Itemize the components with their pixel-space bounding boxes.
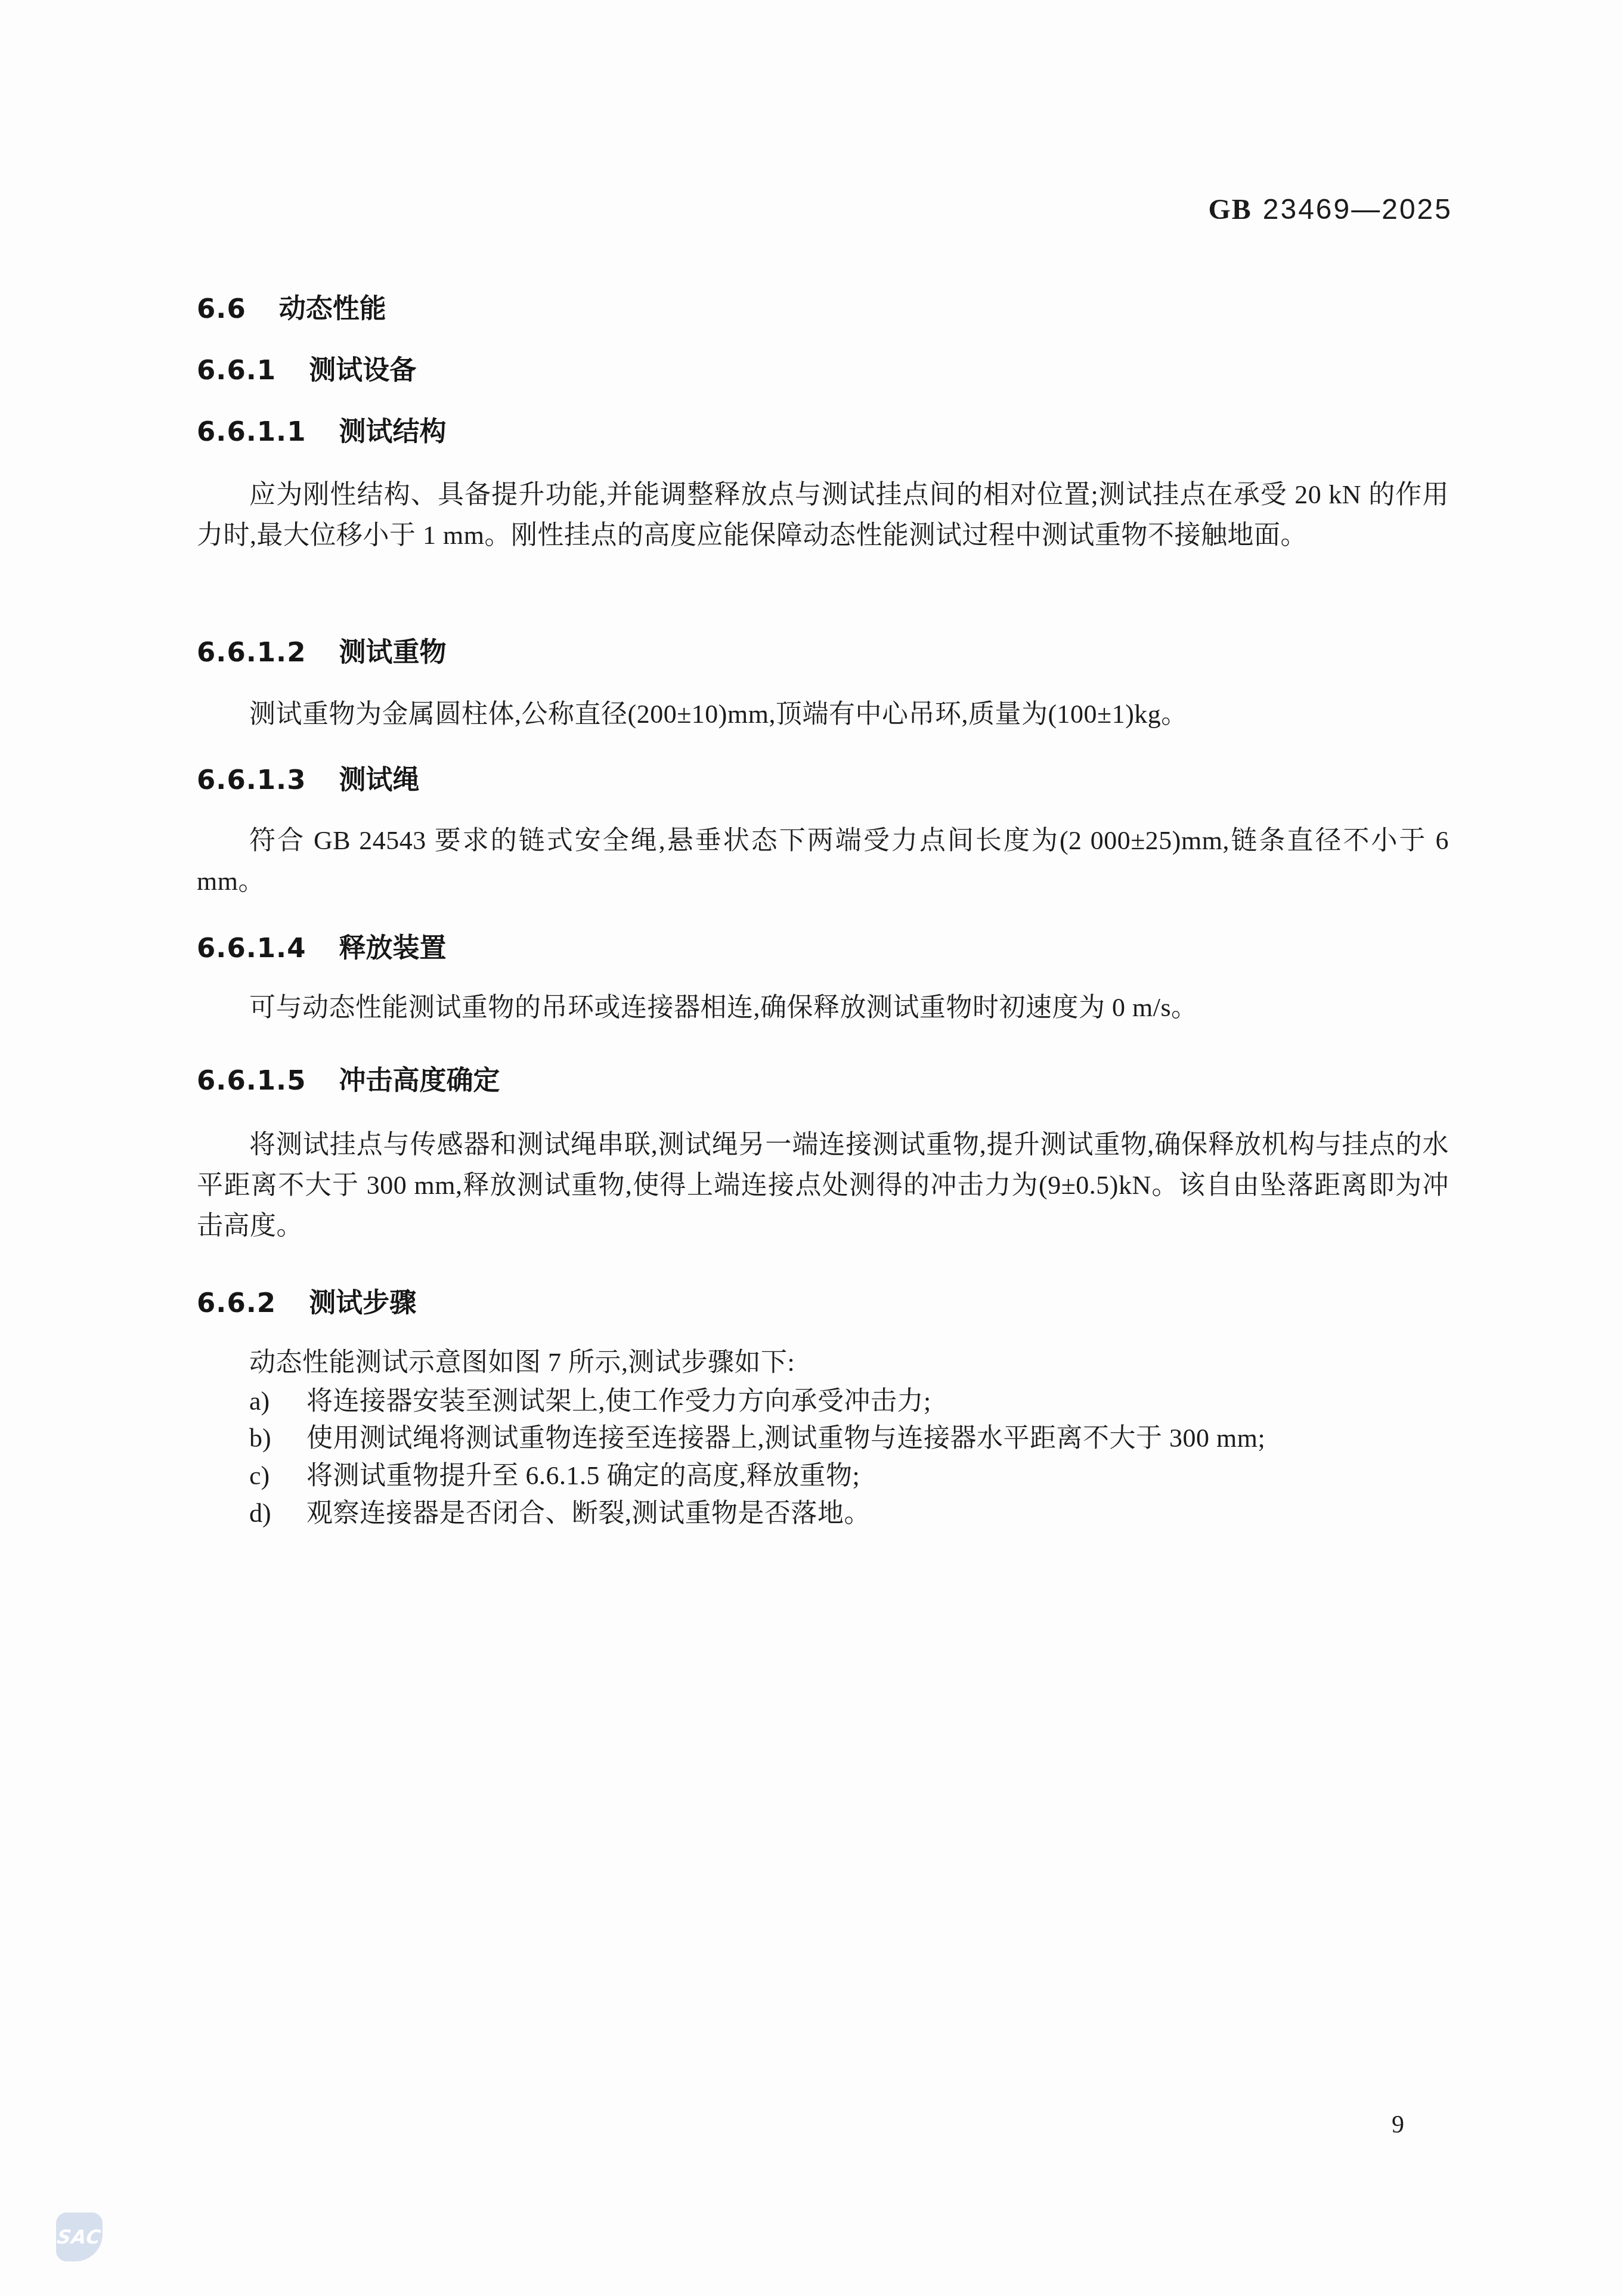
section-title: 冲击高度确定 — [339, 1065, 500, 1096]
list-text: 观察连接器是否闭合、断裂,测试重物是否落地。 — [306, 1495, 1449, 1532]
section-title: 测试重物 — [339, 636, 447, 668]
section-heading-6-6-1: 6.6.1测试设备 — [197, 355, 416, 386]
section-number: 6.6.1.1 — [197, 416, 306, 447]
list-marker: b) — [249, 1420, 271, 1457]
list-text: 将连接器安装至测试架上,使工作受力方向承受冲击力; — [306, 1383, 1449, 1420]
standard-number-prefix: GB — [1208, 194, 1252, 225]
section-heading-6-6-1-3: 6.6.1.3测试绳 — [197, 765, 420, 796]
sac-logo-text: SAC — [56, 2226, 103, 2248]
paragraph-6-6-1-2: 测试重物为金属圆柱体,公称直径(200±10)mm,顶端有中心吊环,质量为(10… — [197, 694, 1449, 735]
list-item: c) 将测试重物提升至 6.6.1.5 确定的高度,释放重物; — [197, 1458, 1449, 1494]
section-title: 动态性能 — [279, 293, 386, 324]
paragraph-6-6-1-5: 将测试挂点与传感器和测试绳串联,测试绳另一端连接测试重物,提升测试重物,确保释放… — [197, 1125, 1449, 1246]
page-number: 9 — [1392, 2109, 1404, 2140]
list-item: d) 观察连接器是否闭合、断裂,测试重物是否落地。 — [197, 1495, 1449, 1532]
section-title: 释放装置 — [339, 932, 447, 964]
section-number: 6.6.2 — [197, 1287, 276, 1319]
list-text: 将测试重物提升至 6.6.1.5 确定的高度,释放重物; — [306, 1458, 1449, 1494]
section-number: 6.6.1.5 — [197, 1065, 306, 1096]
section-title: 测试步骤 — [309, 1287, 416, 1319]
section-number: 6.6.1 — [197, 354, 276, 386]
section-title: 测试绳 — [339, 764, 420, 796]
list-item: b) 使用测试绳将测试重物连接至连接器上,测试重物与连接器水平距离不大于 300… — [197, 1420, 1449, 1457]
section-number: 6.6 — [197, 293, 246, 324]
section-heading-6-6-2: 6.6.2测试步骤 — [197, 1288, 416, 1319]
section-number: 6.6.1.3 — [197, 764, 306, 796]
section-heading-6-6-1-5: 6.6.1.5冲击高度确定 — [197, 1065, 500, 1096]
document-page: GB23469—2025 6.6动态性能 6.6.1测试设备 6.6.1.1测试… — [0, 0, 1623, 2296]
list-marker: a) — [249, 1383, 270, 1420]
paragraph-6-6-2-intro: 动态性能测试示意图如图 7 所示,测试步骤如下: — [197, 1342, 1449, 1383]
section-title: 测试设备 — [309, 354, 416, 386]
standard-number-code: 23469—2025 — [1263, 194, 1452, 225]
section-heading-6-6-1-2: 6.6.1.2测试重物 — [197, 637, 447, 668]
section-heading-6-6: 6.6动态性能 — [197, 293, 386, 324]
paragraph-6-6-1-1: 应为刚性结构、具备提升功能,并能调整释放点与测试挂点间的相对位置;测试挂点在承受… — [197, 475, 1449, 556]
standard-number: GB23469—2025 — [1208, 194, 1452, 225]
list-item: a) 将连接器安装至测试架上,使工作受力方向承受冲击力; — [197, 1383, 1449, 1420]
list-marker: d) — [249, 1495, 271, 1532]
paragraph-6-6-1-4: 可与动态性能测试重物的吊环或连接器相连,确保释放测试重物时初速度为 0 m/s。 — [197, 988, 1449, 1028]
list-marker: c) — [249, 1458, 270, 1494]
section-title: 测试结构 — [339, 416, 447, 447]
section-number: 6.6.1.2 — [197, 636, 306, 668]
sac-logo: SAC — [56, 2213, 103, 2261]
section-number: 6.6.1.4 — [197, 932, 306, 964]
paragraph-6-6-1-3: 符合 GB 24543 要求的链式安全绳,悬垂状态下两端受力点间长度为(2 00… — [197, 821, 1449, 902]
section-heading-6-6-1-1: 6.6.1.1测试结构 — [197, 416, 447, 447]
list-text: 使用测试绳将测试重物连接至连接器上,测试重物与连接器水平距离不大于 300 mm… — [306, 1420, 1449, 1457]
section-heading-6-6-1-4: 6.6.1.4释放装置 — [197, 933, 447, 964]
